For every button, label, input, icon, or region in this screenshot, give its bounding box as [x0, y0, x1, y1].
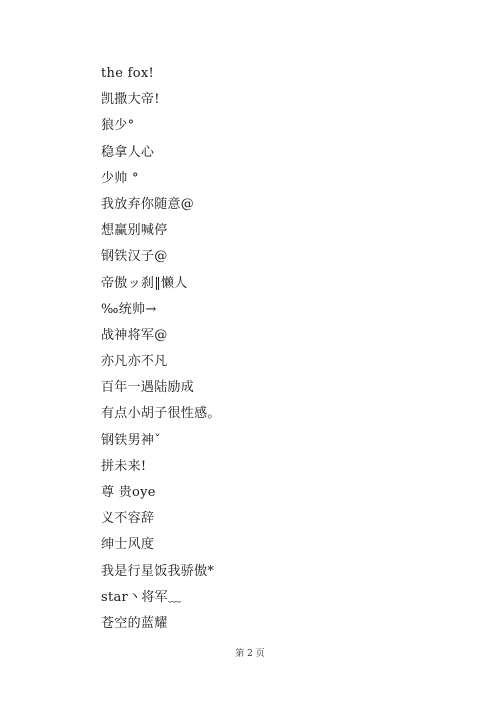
page-number: 第 2 页: [0, 646, 500, 659]
list-item: 我是行星饭我骄傲*: [101, 562, 221, 588]
list-item: 亦凡亦不凡: [101, 352, 221, 378]
list-item: 少帅 °: [101, 169, 221, 195]
list-item: 想赢别喊停: [101, 221, 221, 247]
list-item: 帝傲ッ刹‖懒人: [101, 274, 221, 300]
nickname-list: the fox! 凯撒大帝! 狼少° 稳拿人心 少帅 ° 我放弃你随意@ 想赢别…: [101, 64, 221, 640]
list-item: 百年一遇陆励成: [101, 378, 221, 404]
list-item: ‰统帅→: [101, 300, 221, 326]
list-item: 狼少°: [101, 116, 221, 142]
list-item: 义不容辞: [101, 509, 221, 535]
list-item: the fox!: [101, 64, 221, 90]
list-item: star丶将军﹏: [101, 588, 221, 614]
list-item: 稳拿人心: [101, 143, 221, 169]
list-item: 有点小胡子很性感。: [101, 404, 221, 430]
list-item: 我放弃你随意@: [101, 195, 221, 221]
list-item: 钢铁男神ˇ: [101, 431, 221, 457]
list-item: 凯撒大帝!: [101, 90, 221, 116]
list-item: 绅士风度: [101, 535, 221, 561]
list-item: 尊 贵oye: [101, 483, 221, 509]
document-page: the fox! 凯撒大帝! 狼少° 稳拿人心 少帅 ° 我放弃你随意@ 想赢别…: [0, 0, 500, 708]
list-item: 战神将军@: [101, 326, 221, 352]
list-item: 拼未来!: [101, 457, 221, 483]
list-item: 苍空的蓝耀: [101, 614, 221, 640]
list-item: 钢铁汉子@: [101, 247, 221, 273]
